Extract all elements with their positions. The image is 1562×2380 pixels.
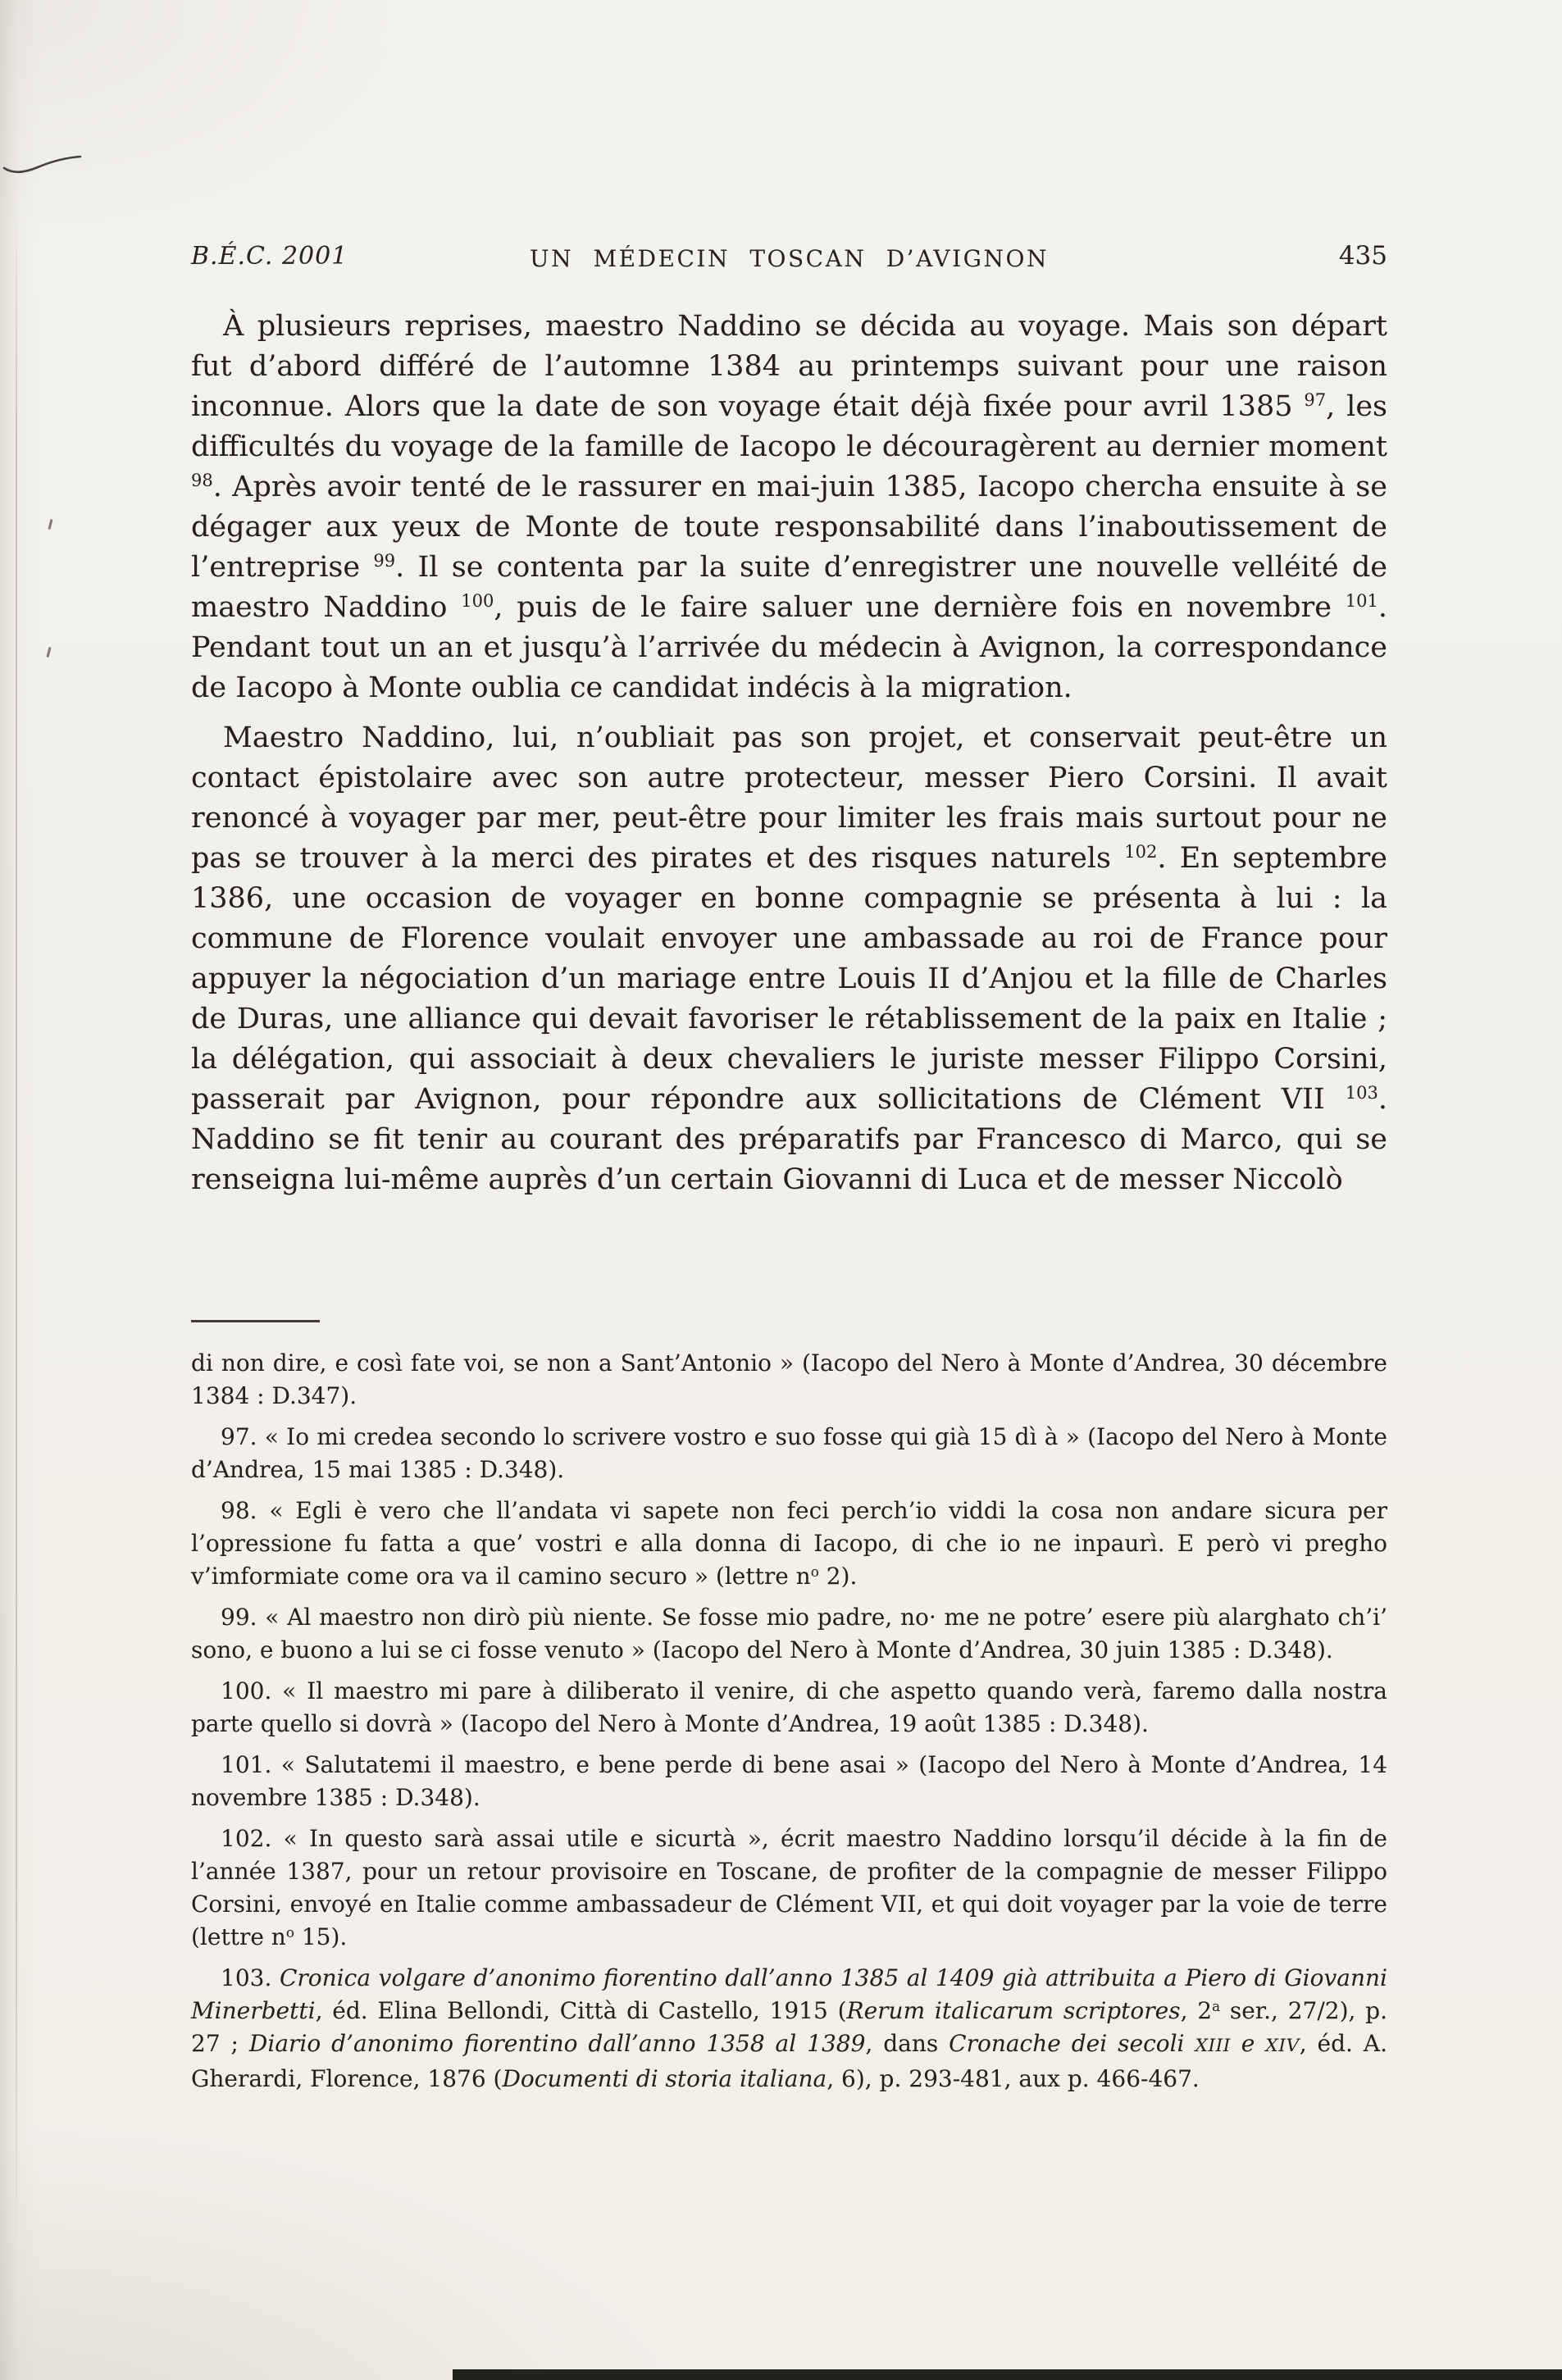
footnote-100: 100. « Il maestro mi pare à diliberato i… [191,1675,1387,1741]
body-paragraph: Maestro Naddino, lui, n’oubliait pas son… [191,718,1387,1200]
main-text-block: À plusieurs reprises, maestro Naddino se… [191,307,1387,1200]
footnote-103: 103. Cronica volgare d’anonimo fiorentin… [191,1962,1387,2096]
footnotes-section: di non dire, e così fate voi, se non a S… [191,1320,1387,2104]
footnote-102: 102. « In questo sarà assai utile e sicu… [191,1823,1387,1954]
footnote-99: 99. « Al maestro non dirò più niente. Se… [191,1601,1387,1667]
footnote-98: 98. « Egli è vero che ll’andata vi sapet… [191,1495,1387,1593]
scanned-journal-page: B.É.C. 2001 UN MÉDECIN TOSCAN D’AVIGNON … [0,0,1562,2380]
running-title: UN MÉDECIN TOSCAN D’AVIGNON [191,245,1387,272]
scanner-edge-bar-artifact [453,2369,1562,2380]
footnote-continuation: di non dire, e così fate voi, se non a S… [191,1347,1387,1413]
pen-mark-artifact [2,146,84,182]
footnote-97: 97. « Io mi credea secondo lo scrivere v… [191,1421,1387,1486]
footnote-101: 101. « Salutatemi il maestro, e bene per… [191,1749,1387,1814]
page-number: 435 [1339,241,1387,271]
margin-speck-artifact [48,519,52,530]
margin-speck-artifact [46,647,51,658]
page-fold-crease-artifact [16,205,17,2265]
body-paragraph: À plusieurs reprises, maestro Naddino se… [191,307,1387,708]
running-head: B.É.C. 2001 UN MÉDECIN TOSCAN D’AVIGNON … [191,240,1387,275]
footnote-separator-rule [191,1320,320,1322]
